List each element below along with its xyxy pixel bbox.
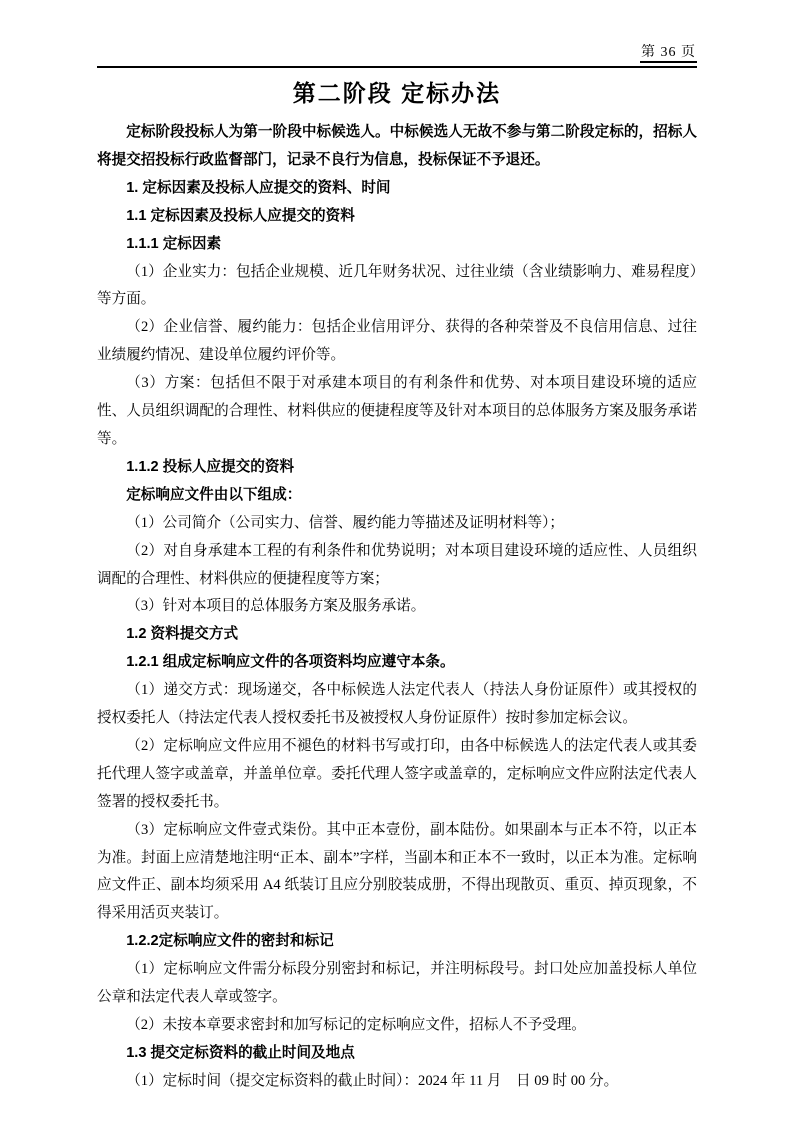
document-body: 定标阶段投标人为第一阶段中标候选人。中标候选人无故不参与第二阶段定标的，招标人将…: [97, 119, 697, 1096]
page-header: 第 36 页: [97, 44, 697, 62]
section-heading: 1.1 定标因素及投标人应提交的资料: [97, 203, 697, 231]
section-heading: 1.1.2 投标人应提交的资料: [97, 454, 697, 482]
paragraph: （1）定标响应文件需分标段分别密封和标记，并注明标段号。封口处应加盖投标人单位公…: [97, 956, 697, 1012]
paragraph: （1）递交方式：现场递交，各中标候选人法定代表人（持法人身份证原件）或其授权的授…: [97, 677, 697, 733]
paragraph: （2）对自身承建本工程的有利条件和优势说明；对本项目建设环境的适应性、人员组织调…: [97, 538, 697, 594]
paragraph: 定标阶段投标人为第一阶段中标候选人。中标候选人无故不参与第二阶段定标的，招标人将…: [97, 119, 697, 175]
section-heading: 1. 定标因素及投标人应提交的资料、时间: [97, 175, 697, 203]
paragraph: （2）定标响应文件应用不褪色的材料书写或打印，由各中标候选人的法定代表人或其委托…: [97, 733, 697, 817]
paragraph: （3）定标响应文件壹式柒份。其中正本壹份，副本陆份。如果副本与正本不符，以正本为…: [97, 817, 697, 929]
section-heading: 1.2 资料提交方式: [97, 621, 697, 649]
page-number: 第 36 页: [640, 45, 697, 63]
header-rule: [97, 66, 697, 68]
paragraph: （1）企业实力：包括企业规模、近几年财务状况、过往业绩（含业绩影响力、难易程度）…: [97, 259, 697, 315]
section-heading: 1.3 提交定标资料的截止时间及地点: [97, 1040, 697, 1068]
paragraph: （2）企业信誉、履约能力：包括企业信用评分、获得的各种荣誉及不良信用信息、过往业…: [97, 314, 697, 370]
section-heading: 1.2.2定标响应文件的密封和标记: [97, 928, 697, 956]
section-heading: 定标响应文件由以下组成：: [97, 482, 697, 510]
paragraph: （2）未按本章要求密封和加写标记的定标响应文件，招标人不予受理。: [97, 1012, 697, 1040]
paragraph: （3）方案：包括但不限于对承建本项目的有利条件和优势、对本项目建设环境的适应性、…: [97, 370, 697, 454]
document-title: 第二阶段 定标办法: [97, 75, 697, 108]
paragraph: （3）针对本项目的总体服务方案及服务承诺。: [97, 593, 697, 621]
paragraph: （1）定标时间（提交定标资料的截止时间）：2024 年 11 月 日 09 时 …: [97, 1068, 697, 1096]
section-heading: 1.2.1 组成定标响应文件的各项资料均应遵守本条。: [97, 649, 697, 677]
paragraph: （1）公司简介（公司实力、信誉、履约能力等描述及证明材料等）；: [97, 510, 697, 538]
document-page: 第 36 页 第二阶段 定标办法 定标阶段投标人为第一阶段中标候选人。中标候选人…: [0, 0, 793, 1122]
section-heading: 1.1.1 定标因素: [97, 231, 697, 259]
